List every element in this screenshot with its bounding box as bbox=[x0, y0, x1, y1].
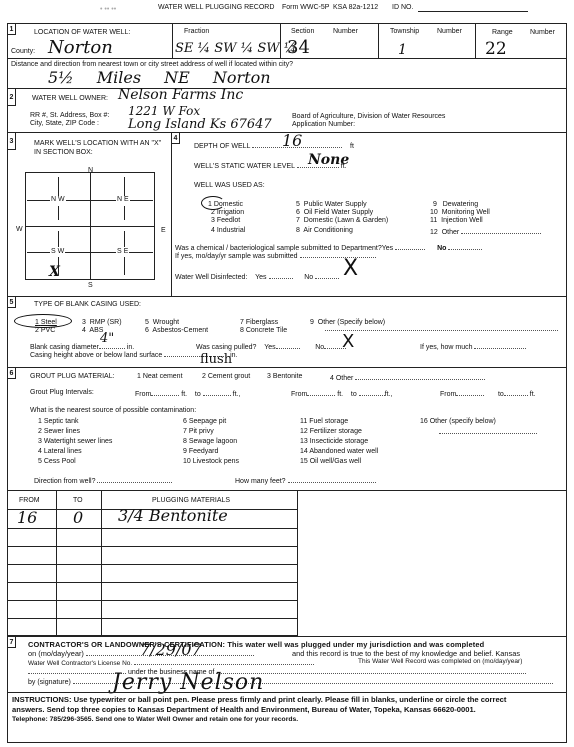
grid-line bbox=[124, 231, 125, 247]
disinfected-yes[interactable]: Yes bbox=[255, 274, 266, 281]
sample-date-field[interactable] bbox=[300, 251, 376, 258]
table-header-materials: PLUGGING MATERIALS bbox=[152, 497, 230, 504]
signature-row: by (signature) bbox=[28, 677, 553, 687]
disinfected-yes-field[interactable] bbox=[269, 272, 293, 279]
application-label: Application Number: bbox=[292, 121, 355, 129]
contamination-label: What is the nearest source of possible c… bbox=[30, 407, 196, 415]
contam-8[interactable]: 8 Sewage lagoon bbox=[183, 437, 239, 447]
sample-no-field[interactable] bbox=[448, 243, 482, 250]
use-3[interactable]: 3 Feedlot bbox=[211, 217, 240, 225]
contam-2[interactable]: 2 Sewer lines bbox=[38, 427, 112, 437]
direction-field[interactable] bbox=[97, 476, 172, 483]
table-divider bbox=[101, 490, 102, 636]
contam-11[interactable]: 11 Fuel storage bbox=[300, 417, 378, 427]
table-line bbox=[7, 564, 298, 565]
contam-col-3: 11 Fuel storage 12 Fertilizer storage 13… bbox=[300, 417, 378, 467]
form-number: Form WWC-5P bbox=[282, 4, 329, 12]
certification-text: CONTRACTOR'S OR LANDOWNER'S CERTIFICATIO… bbox=[28, 640, 484, 649]
table-row-1-to[interactable]: 0 bbox=[73, 508, 83, 527]
disinfected-no-mark: X bbox=[343, 256, 358, 281]
disinfected-no[interactable]: No bbox=[304, 274, 313, 281]
owner-field[interactable]: Nelson Farms Inc bbox=[118, 87, 243, 103]
casing-type-label: TYPE OF BLANK CASING USED: bbox=[34, 301, 141, 309]
use-11[interactable]: 11 Injection Well bbox=[430, 217, 483, 225]
use-4[interactable]: 4 Industrial bbox=[211, 227, 245, 235]
use-6[interactable]: 6 Oil Field Water Supply bbox=[296, 209, 373, 217]
section-7-number: 7 bbox=[7, 636, 16, 648]
use-12[interactable]: 12 Other bbox=[430, 227, 541, 237]
casing-2[interactable]: 2 PVC bbox=[35, 327, 55, 335]
contam-col-4: 16 Other (specify below) bbox=[420, 417, 537, 434]
record-text: This Water Well Record was completed on … bbox=[358, 658, 522, 666]
grout-1[interactable]: 1 Neat cement bbox=[137, 373, 183, 381]
table-row-1-from[interactable]: 16 bbox=[17, 508, 37, 527]
interval-1[interactable]: From ft. to ft., bbox=[135, 389, 240, 399]
address-field[interactable]: 1221 W Fox bbox=[128, 104, 200, 118]
table-line bbox=[7, 546, 298, 547]
divider bbox=[475, 23, 476, 58]
section-field[interactable]: 34 bbox=[287, 37, 310, 58]
contam-6[interactable]: 6 Seepage pit bbox=[183, 417, 239, 427]
contam-col-1: 1 Septic tank 2 Sewer lines 3 Watertight… bbox=[38, 417, 112, 467]
divider bbox=[378, 23, 379, 58]
table-divider bbox=[56, 490, 57, 636]
pulled-yes[interactable]: Yes bbox=[264, 344, 275, 351]
instructions-line-1: INSTRUCTIONS: Use typewriter or ball poi… bbox=[12, 695, 506, 705]
direction-row: Direction from well? bbox=[34, 476, 172, 486]
casing-8[interactable]: 8 Concrete Tile bbox=[240, 327, 287, 335]
mark-location-label: MARK WELL'S LOCATION WITH AN "X" IN SECT… bbox=[34, 139, 164, 157]
table-row-1-materials[interactable]: 3/4 Bentonite bbox=[118, 506, 228, 525]
business-row: under the business name of bbox=[28, 667, 526, 677]
contam-9[interactable]: 9 Feedyard bbox=[183, 447, 239, 457]
range-number-label: Number bbox=[530, 29, 555, 37]
grid-line bbox=[27, 252, 153, 253]
depth-label-text: DEPTH OF WELL bbox=[194, 143, 250, 150]
instructions: INSTRUCTIONS: Use typewriter or ball poi… bbox=[12, 695, 506, 725]
disinfected-row: Water Well Disinfected: Yes No bbox=[175, 272, 339, 282]
id-field[interactable] bbox=[418, 11, 528, 12]
use-9[interactable]: 9 Dewatering bbox=[433, 201, 478, 209]
feet-label: How many feet? bbox=[235, 478, 286, 485]
how-much-row: If yes, how much bbox=[420, 342, 526, 352]
feet-row: How many feet? bbox=[235, 476, 376, 486]
section-1-number: 1 bbox=[7, 23, 16, 35]
sample-yes-field[interactable] bbox=[395, 243, 425, 250]
section-number-label: Number bbox=[333, 28, 358, 36]
divider bbox=[7, 636, 567, 637]
fraction-field[interactable]: SE ¼ SW ¼ SW ¼ bbox=[175, 41, 296, 56]
sample-no[interactable]: No bbox=[437, 245, 446, 252]
pulled-no[interactable]: No bbox=[315, 344, 324, 351]
contam-14[interactable]: 14 Abandoned water well bbox=[300, 447, 378, 457]
instructions-line-3: Telephone: 785/296-3565. Send one to Wat… bbox=[12, 715, 506, 725]
casing-other-field[interactable] bbox=[325, 330, 558, 331]
casing-1-circle bbox=[14, 314, 72, 328]
grout-3[interactable]: 3 Bentonite bbox=[267, 373, 302, 381]
sample-yes[interactable]: Yes bbox=[382, 245, 393, 252]
form-title: WATER WELL PLUGGING RECORD bbox=[158, 4, 274, 11]
diameter-field[interactable]: 4" bbox=[100, 331, 114, 346]
disinfected-no-field[interactable] bbox=[315, 272, 339, 279]
pulled-yes-field[interactable] bbox=[276, 342, 300, 349]
use-8[interactable]: 8 Air Conditioning bbox=[296, 227, 353, 235]
township-label: Township bbox=[390, 28, 419, 36]
casing-3[interactable]: 3 RMP (SR) bbox=[82, 319, 122, 327]
interval-3[interactable]: From to ft. bbox=[440, 389, 536, 399]
contam-5[interactable]: 5 Cess Pool bbox=[38, 457, 112, 467]
distance-field[interactable]: 5½ Miles NE Norton bbox=[48, 68, 271, 87]
quarter-se: S E bbox=[116, 248, 129, 255]
table-header-to: TO bbox=[73, 497, 83, 504]
grout-label: GROUT PLUG MATERIAL: bbox=[30, 373, 115, 381]
table-header-from: FROM bbox=[19, 497, 40, 504]
depth-field[interactable]: 16 bbox=[282, 131, 302, 150]
grid-line bbox=[27, 200, 153, 201]
city-label: City, State, ZIP Code : bbox=[30, 120, 99, 128]
grid-line bbox=[25, 226, 155, 227]
casing-9[interactable]: 9 Other (Specify below) bbox=[310, 319, 385, 327]
quarter-nw: N W bbox=[50, 196, 66, 203]
interval-2[interactable]: From ft. to ft., bbox=[291, 389, 393, 399]
township-number-label: Number bbox=[437, 28, 462, 36]
casing-6[interactable]: 6 Asbestos-Cement bbox=[145, 327, 208, 335]
city-field[interactable]: Long Island Ks 67647 bbox=[128, 117, 272, 132]
contam-13[interactable]: 13 Insecticide storage bbox=[300, 437, 378, 447]
section-6-number: 6 bbox=[7, 367, 16, 379]
contam-7[interactable]: 7 Pit privy bbox=[183, 427, 239, 437]
stamp: • •• •• bbox=[100, 6, 116, 14]
grid-line bbox=[58, 177, 59, 197]
township-field[interactable]: 1 bbox=[398, 42, 407, 58]
divider bbox=[7, 367, 567, 368]
board-label: Board of Agriculture, Division of Water … bbox=[292, 113, 445, 121]
use-5[interactable]: 5 Public Water Supply bbox=[296, 201, 367, 209]
divider bbox=[7, 692, 567, 693]
signature-label: by (signature) bbox=[28, 679, 71, 686]
county-label: County: bbox=[11, 48, 35, 56]
contam-col-2: 6 Seepage pit 7 Pit privy 8 Sewage lagoo… bbox=[183, 417, 239, 467]
grid-line bbox=[124, 257, 125, 275]
well-location-mark: X bbox=[49, 264, 60, 280]
divider bbox=[172, 23, 173, 58]
grid-line bbox=[58, 231, 59, 247]
static-label-text: WELL'S STATIC WATER LEVEL bbox=[194, 163, 295, 170]
instructions-line-2: answers. Send top three copies to Kansas… bbox=[12, 705, 506, 715]
contam-12[interactable]: 12 Fertilizer storage bbox=[300, 427, 378, 437]
section-3-number: 3 bbox=[7, 132, 16, 150]
table-line bbox=[7, 582, 298, 583]
table-line bbox=[7, 618, 298, 619]
grid-line bbox=[58, 206, 59, 220]
divider bbox=[280, 23, 281, 58]
height-field[interactable]: flush bbox=[200, 352, 232, 367]
quarter-sw: S W bbox=[50, 248, 65, 255]
statute: KSA 82a-1212 bbox=[333, 4, 378, 12]
depth-unit: ft bbox=[350, 143, 354, 150]
how-much-label: If yes, how much bbox=[420, 344, 473, 351]
on-date-label: on (mo/day/year) bbox=[28, 649, 84, 658]
height-label: Casing height above or below land surfac… bbox=[30, 352, 162, 359]
divider bbox=[7, 58, 567, 59]
divider bbox=[7, 296, 567, 297]
completed-date-field[interactable]: 7/29/07 bbox=[140, 640, 202, 659]
contam-1[interactable]: 1 Septic tank bbox=[38, 417, 112, 427]
table-line bbox=[7, 528, 298, 529]
use-2[interactable]: 2 Irrigation bbox=[211, 209, 244, 217]
compass-w: W bbox=[16, 226, 23, 234]
contam-15[interactable]: 15 Oil well/Gas well bbox=[300, 457, 378, 467]
use-10[interactable]: 10 Monitoring Well bbox=[430, 209, 490, 217]
casing-5[interactable]: 5 Wrought bbox=[145, 319, 179, 327]
pulled-no-mark: X bbox=[342, 331, 354, 352]
how-much-field[interactable] bbox=[474, 342, 526, 349]
use-1-circle bbox=[201, 196, 225, 210]
intervals-label: Grout Plug Intervals: bbox=[30, 389, 94, 396]
grout-2[interactable]: 2 Cement grout bbox=[202, 373, 250, 381]
section-2-number: 2 bbox=[7, 88, 16, 106]
section-4-number: 4 bbox=[171, 132, 180, 144]
address-label: RR #, St. Address, Box #: bbox=[30, 112, 109, 120]
intervals-row: Grout Plug Intervals: bbox=[30, 389, 94, 397]
used-as-label: WELL WAS USED AS: bbox=[194, 182, 265, 190]
static-level-field[interactable]: None bbox=[308, 152, 349, 168]
contam-3[interactable]: 3 Watertight sewer lines bbox=[38, 437, 112, 447]
license-field[interactable] bbox=[134, 658, 314, 665]
owner-label: WATER WELL OWNER: bbox=[32, 95, 108, 103]
depth-label: DEPTH OF WELL ft bbox=[194, 141, 354, 151]
divider bbox=[171, 132, 172, 296]
true-text: and this record is true to the best of m… bbox=[292, 650, 520, 658]
direction-label: Direction from well? bbox=[34, 478, 95, 485]
contam-16[interactable]: 16 Other (specify below) bbox=[420, 417, 537, 427]
range-label: Range bbox=[492, 29, 513, 37]
contam-4[interactable]: 4 Lateral lines bbox=[38, 447, 112, 457]
table-line bbox=[7, 600, 298, 601]
divider bbox=[7, 88, 567, 89]
id-label: ID NO. bbox=[392, 4, 413, 12]
casing-7[interactable]: 7 Fiberglass bbox=[240, 319, 278, 327]
compass-s: S bbox=[88, 282, 93, 290]
grid-line bbox=[124, 206, 125, 220]
contam-10[interactable]: 10 Livestock pens bbox=[183, 457, 239, 467]
feet-field[interactable] bbox=[288, 476, 376, 483]
disinfected-label: Water Well Disinfected: bbox=[175, 274, 247, 281]
section-label: Section bbox=[291, 28, 314, 36]
license-label: Water Well Contractor's License No. bbox=[28, 660, 132, 667]
county-field[interactable]: Norton bbox=[48, 37, 113, 58]
location-label: LOCATION OF WATER WELL: bbox=[34, 29, 130, 37]
quarter-ne: N E bbox=[116, 196, 130, 203]
use-7[interactable]: 7 Domestic (Lawn & Garden) bbox=[296, 217, 388, 225]
range-field[interactable]: 22 bbox=[485, 39, 507, 59]
sample-date-text: If yes, mo/day/yr sample was submitted bbox=[175, 253, 298, 260]
compass-e: E bbox=[161, 227, 166, 235]
contam-other-field[interactable] bbox=[439, 429, 537, 434]
grid-line bbox=[124, 177, 125, 197]
fraction-label: Fraction bbox=[184, 28, 209, 36]
section-5-number: 5 bbox=[7, 296, 16, 308]
grout-4[interactable]: 4 Other bbox=[330, 373, 485, 383]
